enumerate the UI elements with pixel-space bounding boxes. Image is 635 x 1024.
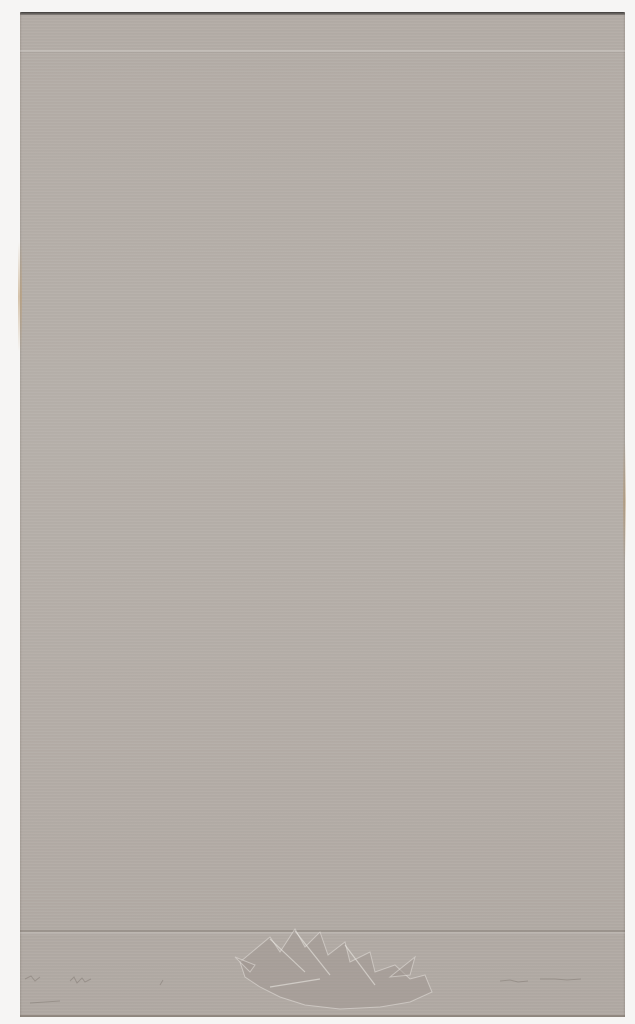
card-bottom-edge — [20, 1015, 625, 1017]
pencil-marks — [20, 967, 625, 1007]
right-edge-wear — [623, 442, 626, 562]
card-top-edge — [20, 12, 625, 15]
card-back — [20, 12, 625, 1017]
top-crease-line — [20, 50, 625, 52]
left-edge-wear — [18, 242, 22, 352]
